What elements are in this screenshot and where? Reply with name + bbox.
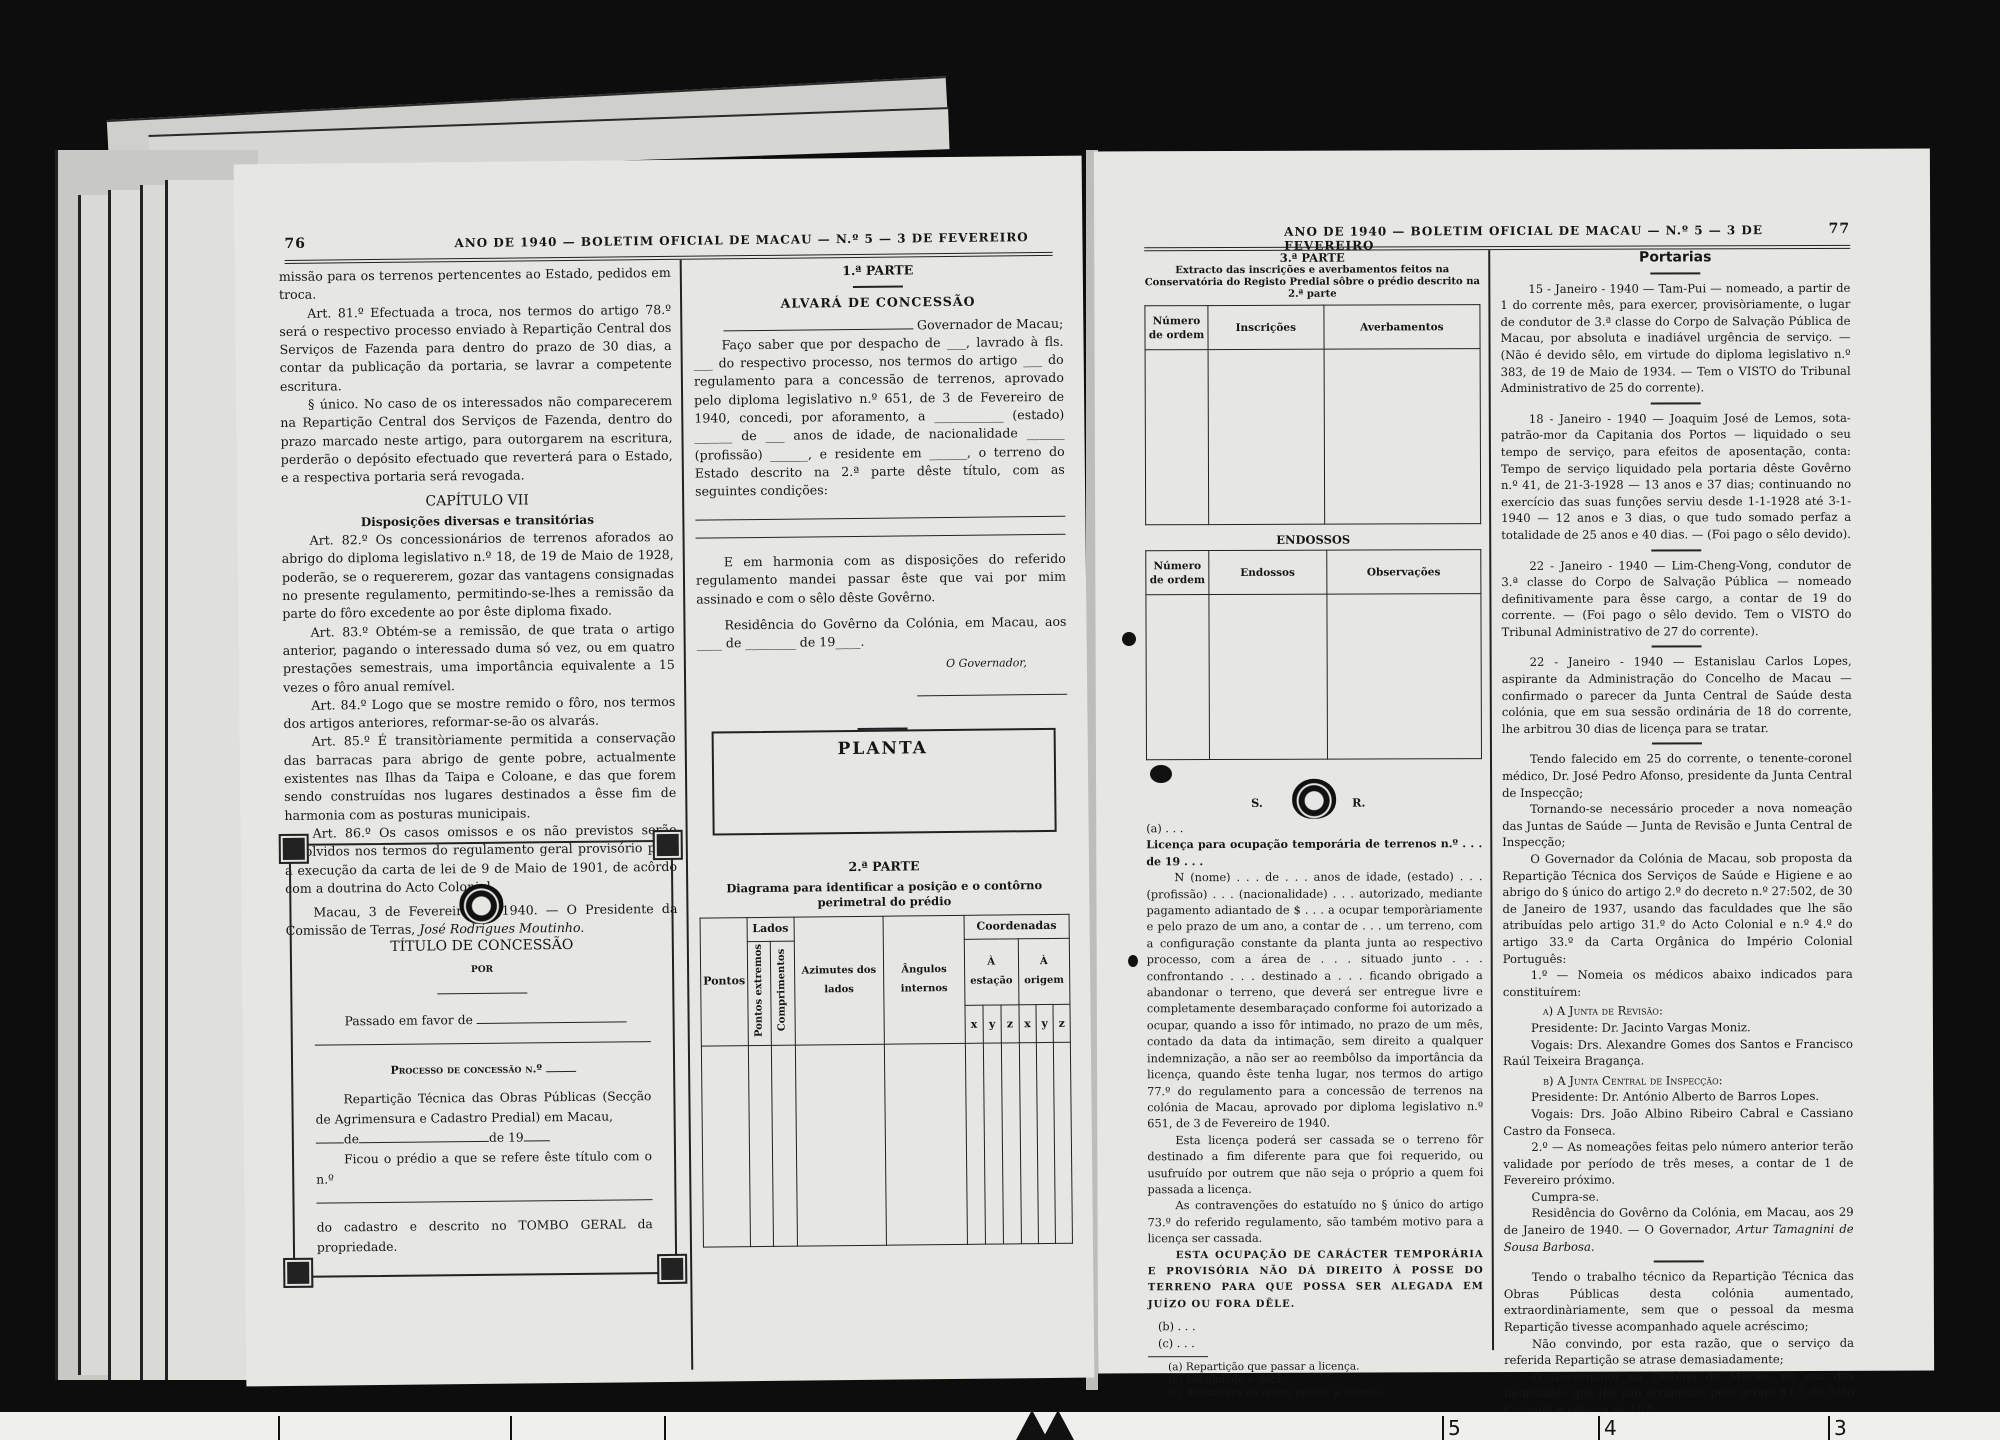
th-pontos-extremos: Pontos extremos [750, 944, 769, 1037]
junta-central-presidente: Presidente: Dr. António Alberto de Barro… [1503, 1088, 1853, 1106]
margin-tick [278, 1416, 280, 1440]
th-coordenadas: Coordenadas [964, 915, 1070, 939]
planta-box [712, 728, 1057, 836]
paragraph: § único. No caso de os interessados não … [280, 392, 673, 488]
th-axis: y [983, 1005, 1001, 1043]
footnote: (a) Repartição que passar a licença. [1148, 1360, 1484, 1374]
date-de: de [344, 1132, 359, 1146]
th-a-estacao: À estação [964, 938, 1019, 1005]
th-axis: z [1001, 1005, 1019, 1043]
obras-paragraph: Tendo o trabalho técnico da Repartição T… [1504, 1268, 1854, 1336]
right-running-header: ANO DE 1940 — BOLETIM OFICIAL DE MACAU —… [1144, 219, 1850, 251]
margin-tick [1442, 1416, 1444, 1440]
parte3-section: 3.ª PARTE Extracto das inscrições e aver… [1144, 250, 1482, 760]
left-running-header: 76 ANO DE 1940 — BOLETIM OFICIAL DE MACA… [284, 226, 1052, 264]
governador-signature: O Governador, [697, 653, 1067, 675]
margin-mark: 4 [1604, 1416, 1617, 1440]
licenca-body: N (nome) . . . de . . . anos de idade, (… [1146, 869, 1483, 1133]
margin-tick [510, 1416, 512, 1440]
ornament-corner [285, 1260, 311, 1286]
blank-line [316, 1187, 652, 1204]
center-marker-icon [1042, 1410, 1074, 1440]
obras-paragraph: O Governador da Colónia de Macau, no uso… [1504, 1368, 1854, 1419]
obras-paragraph: Não convindo, por esta razão, que o serv… [1504, 1334, 1854, 1368]
portaria-entry: 22 - Janeiro - 1940 — Estanislau Carlos … [1502, 653, 1852, 737]
licenca-title: Licença para ocupação temporária de terr… [1146, 837, 1482, 871]
portaria-entry: 22 - Janeiro - 1940 — Lim-Cheng-Vong, co… [1501, 556, 1851, 640]
portarias-column: Portarias 15 - Janeiro - 1940 — Tam-Pui … [1500, 249, 1854, 1419]
th-comprimentos: Comprimentos [773, 949, 792, 1032]
portaria-entry: 15 - Janeiro - 1940 — Tam-Pui — nomeado,… [1500, 279, 1850, 396]
column-divider [1488, 250, 1494, 1350]
cadastro-text: do cadastro e descrito no TOMBO GERAL da… [317, 1214, 653, 1258]
ink-spot [1150, 765, 1172, 783]
parte3-title: 3.ª PARTE [1144, 250, 1480, 265]
article: Art. 85.º É transitòriamente permitida a… [284, 729, 677, 825]
residencia-text: Residência do Govêrno da Colónia, em Mac… [696, 613, 1066, 653]
article: Art. 84.º Logo que se mostre remido o fô… [283, 693, 675, 734]
juntas-paragraph: Tornando-se necessário proceder a nova n… [1502, 800, 1852, 851]
date-de-19: de 19 [489, 1130, 524, 1144]
endossos-title: ENDOSSOS [1145, 532, 1481, 547]
endossos-table: Número de ordem Endossos Observações [1145, 549, 1482, 760]
margin-tick [664, 1416, 666, 1440]
th-axis: x [965, 1006, 984, 1044]
governador-line: Governador de Macau; [917, 315, 1064, 332]
column-divider [680, 260, 694, 1370]
margin-tick [1828, 1416, 1830, 1440]
ink-spot [1128, 955, 1138, 967]
juntas-paragraph: Tendo falecido em 25 do corrente, o tene… [1502, 750, 1852, 801]
seal-s: S. [1251, 795, 1263, 811]
licenca-contravencoes: As contravenções do estatuído no § único… [1148, 1197, 1484, 1247]
page-number: 77 [1829, 221, 1851, 237]
diagrama-section: 2.ª PARTE Diagrama para identificar a po… [699, 856, 1073, 1248]
portarias-title: Portarias [1500, 249, 1850, 267]
th-azimutes: Azimutes dos lados [794, 917, 885, 1046]
footnote: (b) Localidade e data. [1148, 1373, 1484, 1387]
coat-of-arms-icon [459, 884, 503, 924]
scanner-margin-strip: 5 4 3 [0, 1412, 2000, 1440]
running-header-title: ANO DE 1940 — BOLETIM OFICIAL DE MACAU —… [454, 230, 1028, 250]
footnote: (c) Assinatura de quem passar a licença. [1148, 1386, 1484, 1400]
juntas-paragraph: 2.º — As nomeações feitas pelo número an… [1503, 1138, 1853, 1189]
article: Art. 83.º Obtém-se a remissão, de que tr… [282, 620, 675, 697]
th-pontos: Pontos [700, 918, 748, 1046]
junta-revisao-vogais: Vogais: Drs. Alexandre Gomes dos Santos … [1503, 1035, 1853, 1069]
margin-mark: 5 [1448, 1416, 1461, 1440]
th-angulos: Ângulos internos [883, 916, 965, 1044]
th-axis: x [1019, 1005, 1037, 1043]
inscricoes-table: Número de ordem Inscrições Averbamentos [1144, 304, 1481, 525]
processo-label: Processo de concessão n.º [390, 1062, 542, 1077]
alvara-title: ALVARÁ DE CONCESSÃO [693, 292, 1063, 314]
th-a-origem: À origem [1018, 938, 1070, 1005]
licenca-a-line: (a) . . . [1146, 820, 1482, 838]
margin-tick [1598, 1416, 1600, 1440]
seal-r: R. [1352, 795, 1365, 811]
ornament-corner [659, 1256, 685, 1282]
page-number: 76 [284, 236, 306, 252]
parte2-title: 2.ª PARTE [699, 856, 1069, 878]
blank-line [315, 1029, 651, 1046]
passado-label: Passado em favor de [345, 1013, 473, 1028]
chapter-title: CAPÍTULO VII [281, 489, 673, 511]
licenca-section: S. R. (a) . . . Licença para ocupação te… [1146, 778, 1484, 1400]
harmonia-text: E em harmonia com as disposições do refe… [696, 550, 1067, 609]
junta-revisao-title: a) A Junta de Revisão: [1503, 1002, 1853, 1020]
alvara-body: Faço saber que por despacho de ___, lavr… [693, 333, 1065, 502]
titulo-form-body: TÍTULO DE CONCESSÃO POR Passado em favor… [313, 882, 653, 1257]
juntas-paragraph: O Governador da Colónia de Macau, sob pr… [1502, 850, 1852, 967]
reparticao-text: Repartição Técnica das Obras Públicas (S… [315, 1086, 651, 1130]
signature-blank [917, 682, 1067, 697]
left-column-text: missão para os terrenos pertencentes ao … [279, 264, 678, 941]
titulo-title: TÍTULO DE CONCESSÃO [314, 934, 650, 958]
ink-spot [1122, 632, 1136, 646]
margin-mark: 3 [1834, 1416, 1847, 1440]
th-axis: y [1036, 1005, 1053, 1043]
ornament-corner [655, 832, 681, 858]
th-numero: Número de ordem [1145, 306, 1208, 350]
junta-revisao-presidente: Presidente: Dr. Jacinto Vargas Moniz. [1503, 1019, 1853, 1037]
portaria-entry: 18 - Janeiro - 1940 — Joaquim José de Le… [1501, 410, 1851, 544]
coat-of-arms-icon [1292, 779, 1336, 819]
th-axis: z [1053, 1005, 1070, 1043]
ficou-text: Ficou o prédio a que se refere êste títu… [316, 1146, 652, 1190]
alvara-column: 1.ª PARTE ALVARÁ DE CONCESSÃO Governador… [693, 260, 1068, 760]
junta-central-title: b) A Junta Central de Inspecção: [1503, 1072, 1853, 1090]
parte3-subtitle: Extracto das inscrições e averbamentos f… [1144, 264, 1480, 301]
licenca-cassada: Esta licença poderá ser cassada se o ter… [1147, 1132, 1483, 1199]
th-inscricoes: Inscrições [1208, 305, 1324, 349]
paragraph: Art. 81.º Efectuada a troca, nos termos … [279, 300, 672, 396]
titulo-concessao-form: TÍTULO DE CONCESSÃO POR Passado em favor… [289, 840, 678, 1278]
licenca-c-line: (c) . . . [1148, 1335, 1484, 1353]
diagrama-title: Diagrama para identificar a posição e o … [719, 878, 1049, 911]
parte1-title: 1.ª PARTE [693, 260, 1063, 282]
th-endossos: Endossos [1209, 550, 1327, 594]
passado-blank [477, 1009, 627, 1024]
cumpra-se: Cumpra-se. [1503, 1188, 1853, 1206]
licenca-caps: ESTA OCUPAÇÃO DE CARÁCTER TEMPORÁRIA E P… [1148, 1247, 1484, 1314]
junta-central-vogais: Vogais: Drs. João Albino Ribeiro Cabral … [1503, 1105, 1853, 1139]
th-observacoes: Observações [1326, 550, 1481, 595]
licenca-b-line: (b) . . . [1148, 1318, 1484, 1336]
juntas-paragraph: 1.º — Nomeia os médicos abaixo indicados… [1503, 966, 1853, 1000]
th-lados: Lados [747, 917, 794, 941]
diagrama-table: Pontos Lados Azimutes dos lados Ângulos … [700, 914, 1073, 1248]
left-page: 76 ANO DE 1940 — BOLETIM OFICIAL DE MACA… [234, 156, 1095, 1387]
right-page: ANO DE 1940 — BOLETIM OFICIAL DE MACAU —… [1094, 149, 1934, 1374]
th-averbamentos: Averbamentos [1324, 305, 1481, 350]
paragraph: missão para os terrenos pertencentes ao … [279, 264, 671, 305]
th-numero: Número de ordem [1146, 551, 1209, 595]
ornament-corner [281, 836, 307, 862]
article: Art. 82.º Os concessionários de terrenos… [281, 528, 674, 624]
